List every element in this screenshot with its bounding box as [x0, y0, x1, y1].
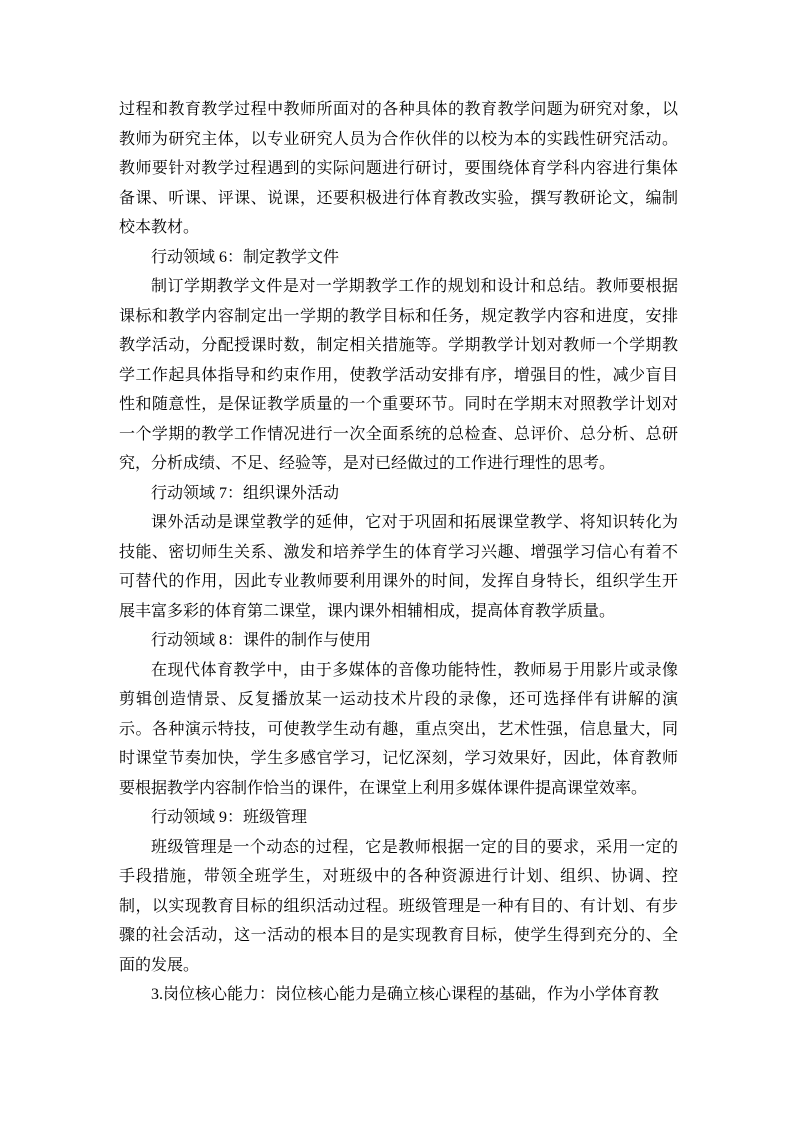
paragraph-class-management: 班级管理是一个动态的过程，它是教师根据一定的目的要求，采用一定的手段措施，带领全…: [119, 833, 678, 981]
document-body: 过程和教育教学过程中教师所面对的各种具体的教育教学问题为研究对象，以教师为研究主…: [119, 95, 678, 1010]
heading-action-area-8: 行动领域 8：课件的制作与使用: [119, 626, 678, 656]
paragraph-courseware-use: 在现代体育教学中，由于多媒体的音像功能特性，教师易于用影片或录像剪辑创造情景、反…: [119, 656, 678, 804]
heading-action-area-7: 行动领域 7：组织课外活动: [119, 479, 678, 509]
paragraph-teaching-documents: 制订学期教学文件是对一学期教学工作的规划和设计和总结。教师要根据课标和教学内容制…: [119, 272, 678, 479]
heading-action-area-9: 行动领域 9：班级管理: [119, 803, 678, 833]
heading-action-area-6: 行动领域 6：制定教学文件: [119, 243, 678, 273]
paragraph-school-based-research-continued: 过程和教育教学过程中教师所面对的各种具体的教育教学问题为研究对象，以教师为研究主…: [119, 95, 678, 243]
paragraph-core-competency: 3.岗位核心能力：岗位核心能力是确立核心课程的基础，作为小学体育教: [119, 980, 678, 1010]
document-page: 过程和教育教学过程中教师所面对的各种具体的教育教学问题为研究对象，以教师为研究主…: [0, 0, 794, 1123]
paragraph-extracurricular-activities: 课外活动是课堂教学的延伸，它对于巩固和拓展课堂教学、将知识转化为技能、密切师生关…: [119, 508, 678, 626]
